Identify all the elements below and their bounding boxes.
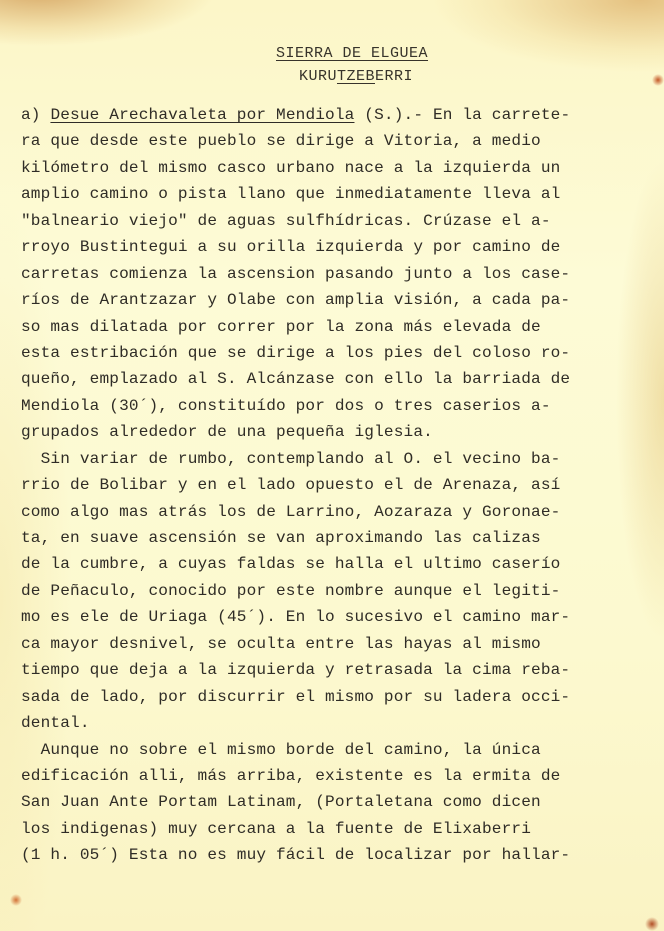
text-line: los indigenas) muy cercana a la fuente d… (21, 816, 661, 842)
text-line: rrio de Bolibar y en el lado opuesto el … (21, 472, 661, 498)
text-line: carretas comienza la ascension pasando j… (21, 261, 661, 287)
text-line: grupados alrededor de una pequeña iglesi… (21, 419, 661, 445)
text-line: ra que desde este pueblo se dirige a Vit… (21, 128, 661, 154)
section-heading-line: a) Desue Arechavaleta por Mendiola (S.).… (21, 102, 661, 128)
text-line: mo es ele de Uriaga (45´). En lo sucesiv… (21, 604, 661, 630)
text-line: de la cumbre, a cuyas faldas se halla el… (21, 551, 661, 577)
text-line: so mas dilatada por correr por la zona m… (21, 314, 661, 340)
section-heading-rest: (S.).- En la carrete- (354, 106, 570, 124)
subtitle-part: KURU (299, 68, 337, 85)
text-line: rroyo Bustintegui a su orilla izquierda … (21, 234, 661, 260)
text-line: San Juan Ante Portam Latinam, (Portaleta… (21, 789, 661, 815)
text-line: ríos de Arantzazar y Olabe con amplia vi… (21, 287, 661, 313)
body-text: a) Desue Arechavaleta por Mendiola (S.).… (21, 102, 661, 869)
text-line: ta, en suave ascensión se van aproximand… (21, 525, 661, 551)
text-line: Sin variar de rumbo, contemplando al O. … (21, 446, 661, 472)
text-line: queño, emplazado al S. Alcánzase con ell… (21, 366, 661, 392)
text-line: Aunque no sobre el mismo borde del camin… (21, 737, 661, 763)
text-line: (1 h. 05´) Esta no es muy fácil de local… (21, 842, 661, 868)
document-title: SIERRA DE ELGUEA (0, 45, 664, 62)
text-line: como algo mas atrás los de Larrino, Aoza… (21, 499, 661, 525)
subtitle-part-underlined: TZEB (337, 68, 375, 85)
section-heading: Desue Arechavaleta por Mendiola (50, 106, 354, 124)
text-line: sada de lado, por discurrir el mismo por… (21, 684, 661, 710)
text-line: amplio camino o pista llano que inmediat… (21, 181, 661, 207)
subtitle-part: ERRI (375, 68, 413, 85)
text-line: esta estribación que se dirige a los pie… (21, 340, 661, 366)
text-line: de Peñaculo, conocido por este nombre au… (21, 578, 661, 604)
text-line: kilómetro del mismo casco urbano nace a … (21, 155, 661, 181)
text-lines: ra que desde este pueblo se dirige a Vit… (21, 128, 661, 868)
text-line: tiempo que deja a la izquierda y retrasa… (21, 657, 661, 683)
text-line: dental. (21, 710, 661, 736)
typewritten-page: SIERRA DE ELGUEA KURUTZEBERRI a) Desue A… (0, 0, 664, 931)
document-subtitle: KURUTZEBERRI (0, 68, 664, 85)
text-line: edificación alli, más arriba, existente … (21, 763, 661, 789)
text-line: "balneario viejo" de aguas sulfhídricas.… (21, 208, 661, 234)
text-line: ca mayor desnivel, se oculta entre las h… (21, 631, 661, 657)
text-line: Mendiola (30´), constituído por dos o tr… (21, 393, 661, 419)
section-marker: a) (21, 106, 50, 124)
